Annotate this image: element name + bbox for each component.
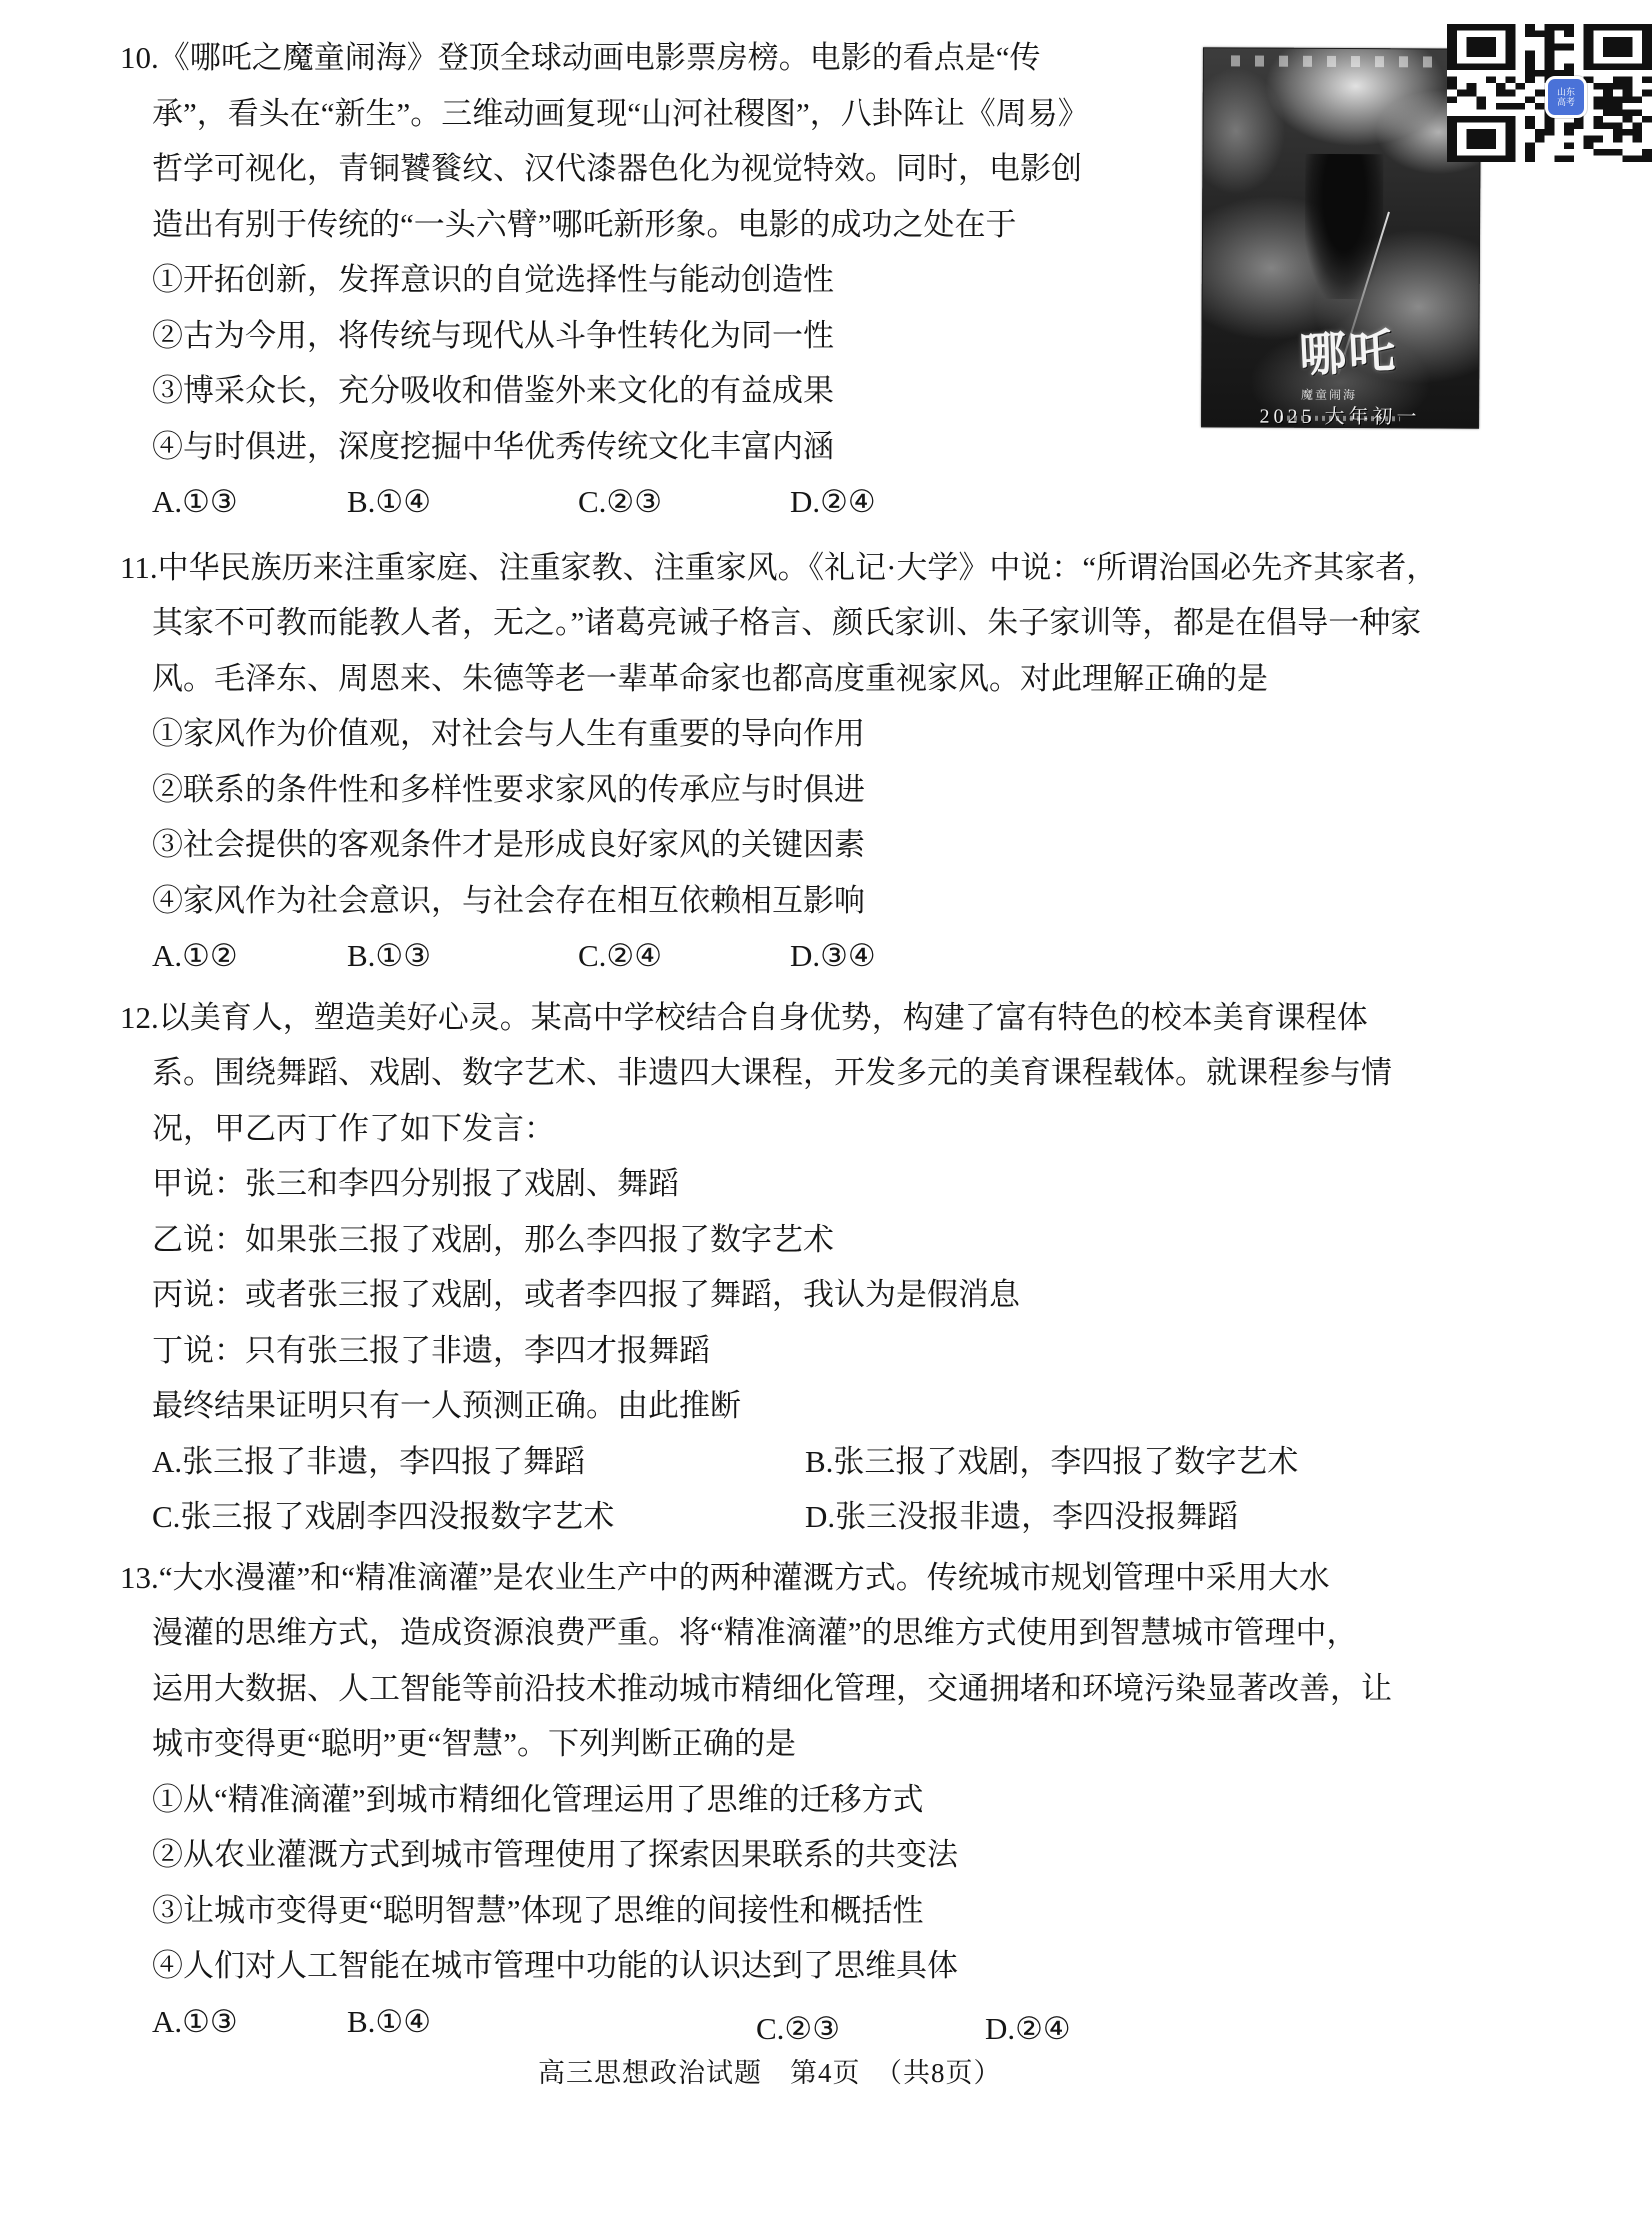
question-line: 丁说：只有张三报了非遗，李四才报舞蹈 [120, 1323, 1580, 1379]
qr-logo: 山东 高考 [1545, 76, 1587, 118]
option-D: D.②④ [985, 2001, 1071, 2057]
question-text: “大水漫灌”和“精准滴灌”是农业生产中的两种灌溉方式。传统城市规划管理中采用大水 [159, 1560, 1330, 1595]
option-B: B.张三报了戏剧，李四报了数字艺术 [805, 1434, 1298, 1490]
question-line: 系。围绕舞蹈、戏剧、数字艺术、非遗四大课程，开发多元的美育课程载体。就课程参与情 [120, 1045, 1580, 1101]
question-line: ②古为今用，将传统与现代从斗争性转化为同一性 [120, 308, 1580, 364]
question-line: ④人们对人工智能在城市管理中功能的认识达到了思维具体 [120, 1938, 1580, 1994]
question-line: ②联系的条件性和多样性要求家风的传承应与时俱进 [120, 762, 1580, 818]
question-line: 城市变得更“聪明”更“智慧”。下列判断正确的是 [120, 1716, 1580, 1772]
question-line: 风。毛泽东、周恩来、朱德等老一辈革命家也都高度重视家风。对此理解正确的是 [120, 651, 1580, 707]
question-line: 造出有别于传统的“一头六臂”哪吒新形象。电影的成功之处在于 [120, 197, 1580, 253]
question-line: 10.《哪吒之魔童闹海》登顶全球动画电影票房榜。电影的看点是“传 [120, 30, 1580, 86]
question-line: 甲说：张三和李四分别报了戏剧、舞蹈 [120, 1156, 1580, 1212]
option-B: B.①④ [347, 474, 431, 530]
question-number: 11. [120, 540, 158, 596]
option-B: B.①③ [347, 928, 431, 984]
qr-logo-text-line1: 山东 [1557, 87, 1575, 97]
page-footer: 高三思想政治试题 第4页 （共8页） [538, 2058, 1002, 2088]
option-C: C.②④ [578, 928, 662, 984]
question-11: 11.中华民族历来注重家庭、注重家教、注重家风。《礼记·大学》中说：“所谓治国必… [120, 540, 1580, 984]
question-line: ④与时俱进，深度挖掘中华优秀传统文化丰富内涵 [120, 419, 1580, 475]
question-line: ①家风作为价值观，对社会与人生有重要的导向作用 [120, 706, 1580, 762]
option-D: D.②④ [790, 474, 876, 530]
question-number: 10. [120, 30, 159, 86]
question-line: 哲学可视化，青铜饕餮纹、汉代漆器色化为视觉特效。同时，电影创 [120, 141, 1580, 197]
question-line: ①从“精准滴灌”到城市精细化管理运用了思维的迁移方式 [120, 1772, 1580, 1828]
option-C: C.②③ [578, 474, 662, 530]
option-B: B.①④ [347, 1994, 431, 2050]
exam-page: 哪吒 魔童闹海 2025 大年初一 山东 高考 10.《哪吒之魔童闹海》登顶全球… [0, 0, 1652, 2239]
option-A: A.张三报了非遗，李四报了舞蹈 [152, 1434, 585, 1490]
option-C: C.张三报了戏剧李四没报数字艺术 [152, 1489, 614, 1545]
qr-logo-text-line2: 高考 [1557, 97, 1575, 107]
question-12: 12.以美育人，塑造美好心灵。某高中学校结合自身优势，构建了富有特色的校本美育课… [120, 990, 1580, 1545]
option-C: C.②③ [756, 2001, 840, 2057]
question-line: 运用大数据、人工智能等前沿技术推动城市精细化管理，交通拥堵和环境污染显著改善，让 [120, 1661, 1580, 1717]
question-line: 最终结果证明只有一人预测正确。由此推断 [120, 1378, 1580, 1434]
question-line: 12.以美育人，塑造美好心灵。某高中学校结合自身优势，构建了富有特色的校本美育课… [120, 990, 1580, 1046]
question-line: 况，甲乙丙丁作了如下发言： [120, 1101, 1580, 1157]
question-line: 其家不可教而能教人者，无之。”诸葛亮诫子格言、颜氏家训、朱子家训等，都是在倡导一… [120, 595, 1580, 651]
question-number: 12. [120, 990, 159, 1046]
question-line: ③社会提供的客观条件才是形成良好家风的关键因素 [120, 817, 1580, 873]
question-line: 承”，看头在“新生”。三维动画复现“山河社稷图”，八卦阵让《周易》 [120, 86, 1580, 142]
option-A: A.①② [152, 928, 238, 984]
question-10: 10.《哪吒之魔童闹海》登顶全球动画电影票房榜。电影的看点是“传承”，看头在“新… [120, 30, 1580, 530]
question-line: ③让城市变得更“聪明智慧”体现了思维的间接性和概括性 [120, 1883, 1580, 1939]
options-row: C.张三报了戏剧李四没报数字艺术D.张三没报非遗，李四没报舞蹈 [120, 1489, 1580, 1545]
option-D: D.③④ [790, 928, 876, 984]
question-line: ①开拓创新，发挥意识的自觉选择性与能动创造性 [120, 252, 1580, 308]
option-A: A.①③ [152, 1994, 238, 2050]
question-line: 丙说：或者张三报了戏剧，或者李四报了舞蹈，我认为是假消息 [120, 1267, 1580, 1323]
option-D: D.张三没报非遗，李四没报舞蹈 [805, 1489, 1238, 1545]
question-line: 13.“大水漫灌”和“精准滴灌”是农业生产中的两种灌溉方式。传统城市规划管理中采… [120, 1550, 1580, 1606]
question-number: 13. [120, 1550, 159, 1606]
questions-area: 10.《哪吒之魔童闹海》登顶全球动画电影票房榜。电影的看点是“传承”，看头在“新… [120, 30, 1580, 2049]
question-text: 中华民族历来注重家庭、注重家教、注重家风。《礼记·大学》中说：“所谓治国必先齐其… [158, 550, 1438, 585]
question-text: 以美育人，塑造美好心灵。某高中学校结合自身优势，构建了富有特色的校本美育课程体 [159, 1000, 1368, 1035]
question-line: 漫灌的思维方式，造成资源浪费严重。将“精准滴灌”的思维方式使用到智慧城市管理中， [120, 1605, 1580, 1661]
options-row: A.①②B.①③C.②④D.③④ [120, 928, 1580, 984]
options-row: A.①③B.①④C.②③D.②④ [120, 474, 1580, 530]
question-line: ③博采众长，充分吸收和借鉴外来文化的有益成果 [120, 363, 1580, 419]
question-line: ④家风作为社会意识，与社会存在相互依赖相互影响 [120, 873, 1580, 929]
question-text: 《哪吒之魔童闹海》登顶全球动画电影票房榜。电影的看点是“传 [159, 40, 1041, 75]
option-A: A.①③ [152, 474, 238, 530]
question-13: 13.“大水漫灌”和“精准滴灌”是农业生产中的两种灌溉方式。传统城市规划管理中采… [120, 1550, 1580, 2050]
options-row: A.①③B.①④C.②③D.②④ [120, 1994, 1580, 2050]
options-row: A.张三报了非遗，李四报了舞蹈B.张三报了戏剧，李四报了数字艺术 [120, 1434, 1580, 1490]
question-line: 乙说：如果张三报了戏剧，那么李四报了数字艺术 [120, 1212, 1580, 1268]
question-line: 11.中华民族历来注重家庭、注重家教、注重家风。《礼记·大学》中说：“所谓治国必… [120, 540, 1580, 596]
question-line: ②从农业灌溉方式到城市管理使用了探索因果联系的共变法 [120, 1827, 1580, 1883]
